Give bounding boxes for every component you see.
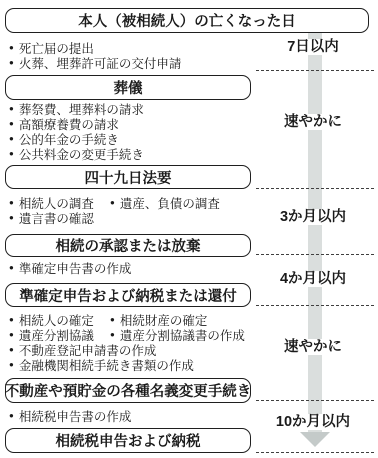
task-list-after-acceptance: ●準確定申告書の作成	[9, 260, 131, 275]
timeline-divider-dashed-line	[256, 188, 374, 189]
inheritance-procedure-timeline: 7日以内 速やかに 3か月以内 4か月以内 速やかに 10か月以内 本人（被相続…	[0, 0, 378, 458]
task-item: ●相続税申告書の作成	[9, 407, 131, 425]
task-list-after-quasi-return: ●相続人の確定 ●相続財産の確定 ●遺産分割協議 ●遺産分割協議書の作成 ●不動…	[9, 312, 245, 372]
task-item: ●火葬、埋葬許可証の交付申請	[9, 54, 181, 72]
task-item: ●準確定申告書の作成	[9, 259, 131, 277]
timeline-divider-dashed-line	[256, 70, 374, 71]
stage-box-funeral: 葬儀	[5, 75, 251, 100]
bullet-icon: ●	[9, 346, 14, 354]
bullet-icon: ●	[9, 361, 14, 369]
timeline-arrow-shaft	[308, 33, 322, 432]
bullet-icon: ●	[9, 120, 14, 128]
timeline-arrow-down-icon	[300, 432, 330, 447]
bullet-icon: ●	[9, 316, 14, 324]
timeline-divider-dashed-line	[256, 400, 374, 401]
task-label: 相続税申告書の作成	[19, 407, 132, 425]
stage-box-49th-day-memorial: 四十九日法要	[5, 165, 251, 189]
bullet-icon: ●	[9, 59, 14, 67]
bullet-icon: ●	[9, 264, 14, 272]
task-label: 公共料金の変更手続き	[19, 145, 144, 163]
bullet-icon: ●	[9, 105, 14, 113]
stage-box-tax-filing: 相続税申告および納税	[5, 428, 251, 453]
deadline-label-10months: 10か月以内	[271, 414, 355, 430]
task-item: ●遺産、負債の調査	[110, 194, 220, 212]
task-item: ●金融機関相続手続き書類の作成	[9, 356, 194, 374]
bullet-icon: ●	[9, 44, 14, 52]
bullet-icon: ●	[110, 199, 115, 207]
stage-box-acceptance-or-renunciation: 相続の承認または放棄	[5, 234, 251, 257]
stage-box-death-day: 本人（被相続人）の亡くなった日	[5, 8, 369, 33]
task-row: ●準確定申告書の作成	[9, 260, 131, 275]
bullet-icon: ●	[9, 199, 14, 207]
stage-box-name-change: 不動産や預貯金の各種名義変更手続き	[5, 378, 251, 403]
task-label: 遺言書の確認	[19, 209, 94, 227]
task-item: ●遺言書の確認	[9, 209, 94, 227]
bullet-icon: ●	[110, 316, 115, 324]
timeline-divider-dashed-line	[256, 305, 374, 306]
task-label: 火葬、埋葬許可証の交付申請	[19, 54, 182, 72]
task-label: 遺産、負債の調査	[120, 194, 220, 212]
deadline-label-promptly-2: 速やかに	[279, 339, 347, 355]
task-row: ●遺言書の確認	[9, 210, 220, 225]
deadline-label-3months: 3か月以内	[275, 209, 351, 225]
bullet-icon: ●	[9, 135, 14, 143]
task-row: ●金融機関相続手続き書類の作成	[9, 357, 245, 372]
stage-box-quasi-final-return: 準確定申告および納税または還付	[5, 283, 251, 307]
deadline-label-promptly-1: 速やかに	[279, 114, 347, 130]
deadline-label-4months: 4か月以内	[275, 271, 351, 287]
task-row: ●公共料金の変更手続き	[9, 146, 144, 161]
timeline-divider-dashed-line	[256, 452, 374, 453]
task-label: 金融機関相続手続き書類の作成	[19, 356, 194, 374]
bullet-icon: ●	[9, 331, 14, 339]
task-item: ●公共料金の変更手続き	[9, 145, 144, 163]
bullet-icon: ●	[9, 214, 14, 222]
timeline-divider-dashed-line	[256, 254, 374, 255]
task-row: ●火葬、埋葬許可証の交付申請	[9, 55, 181, 70]
task-list-after-memorial: ●相続人の調査 ●遺産、負債の調査 ●遺言書の確認	[9, 195, 220, 225]
bullet-icon: ●	[9, 412, 14, 420]
task-list-after-name-change: ●相続税申告書の作成	[9, 408, 131, 423]
bullet-icon: ●	[110, 331, 115, 339]
task-list-after-funeral: ●葬祭費、埋葬料の請求 ●高額療養費の請求 ●公的年金の手続き ●公共料金の変更…	[9, 101, 144, 161]
task-label: 準確定申告書の作成	[19, 259, 132, 277]
task-row: ●相続税申告書の作成	[9, 408, 131, 423]
bullet-icon: ●	[9, 150, 14, 158]
deadline-label-7days: 7日以内	[282, 39, 344, 55]
task-list-after-death: ●死亡届の提出 ●火葬、埋葬許可証の交付申請	[9, 40, 181, 70]
